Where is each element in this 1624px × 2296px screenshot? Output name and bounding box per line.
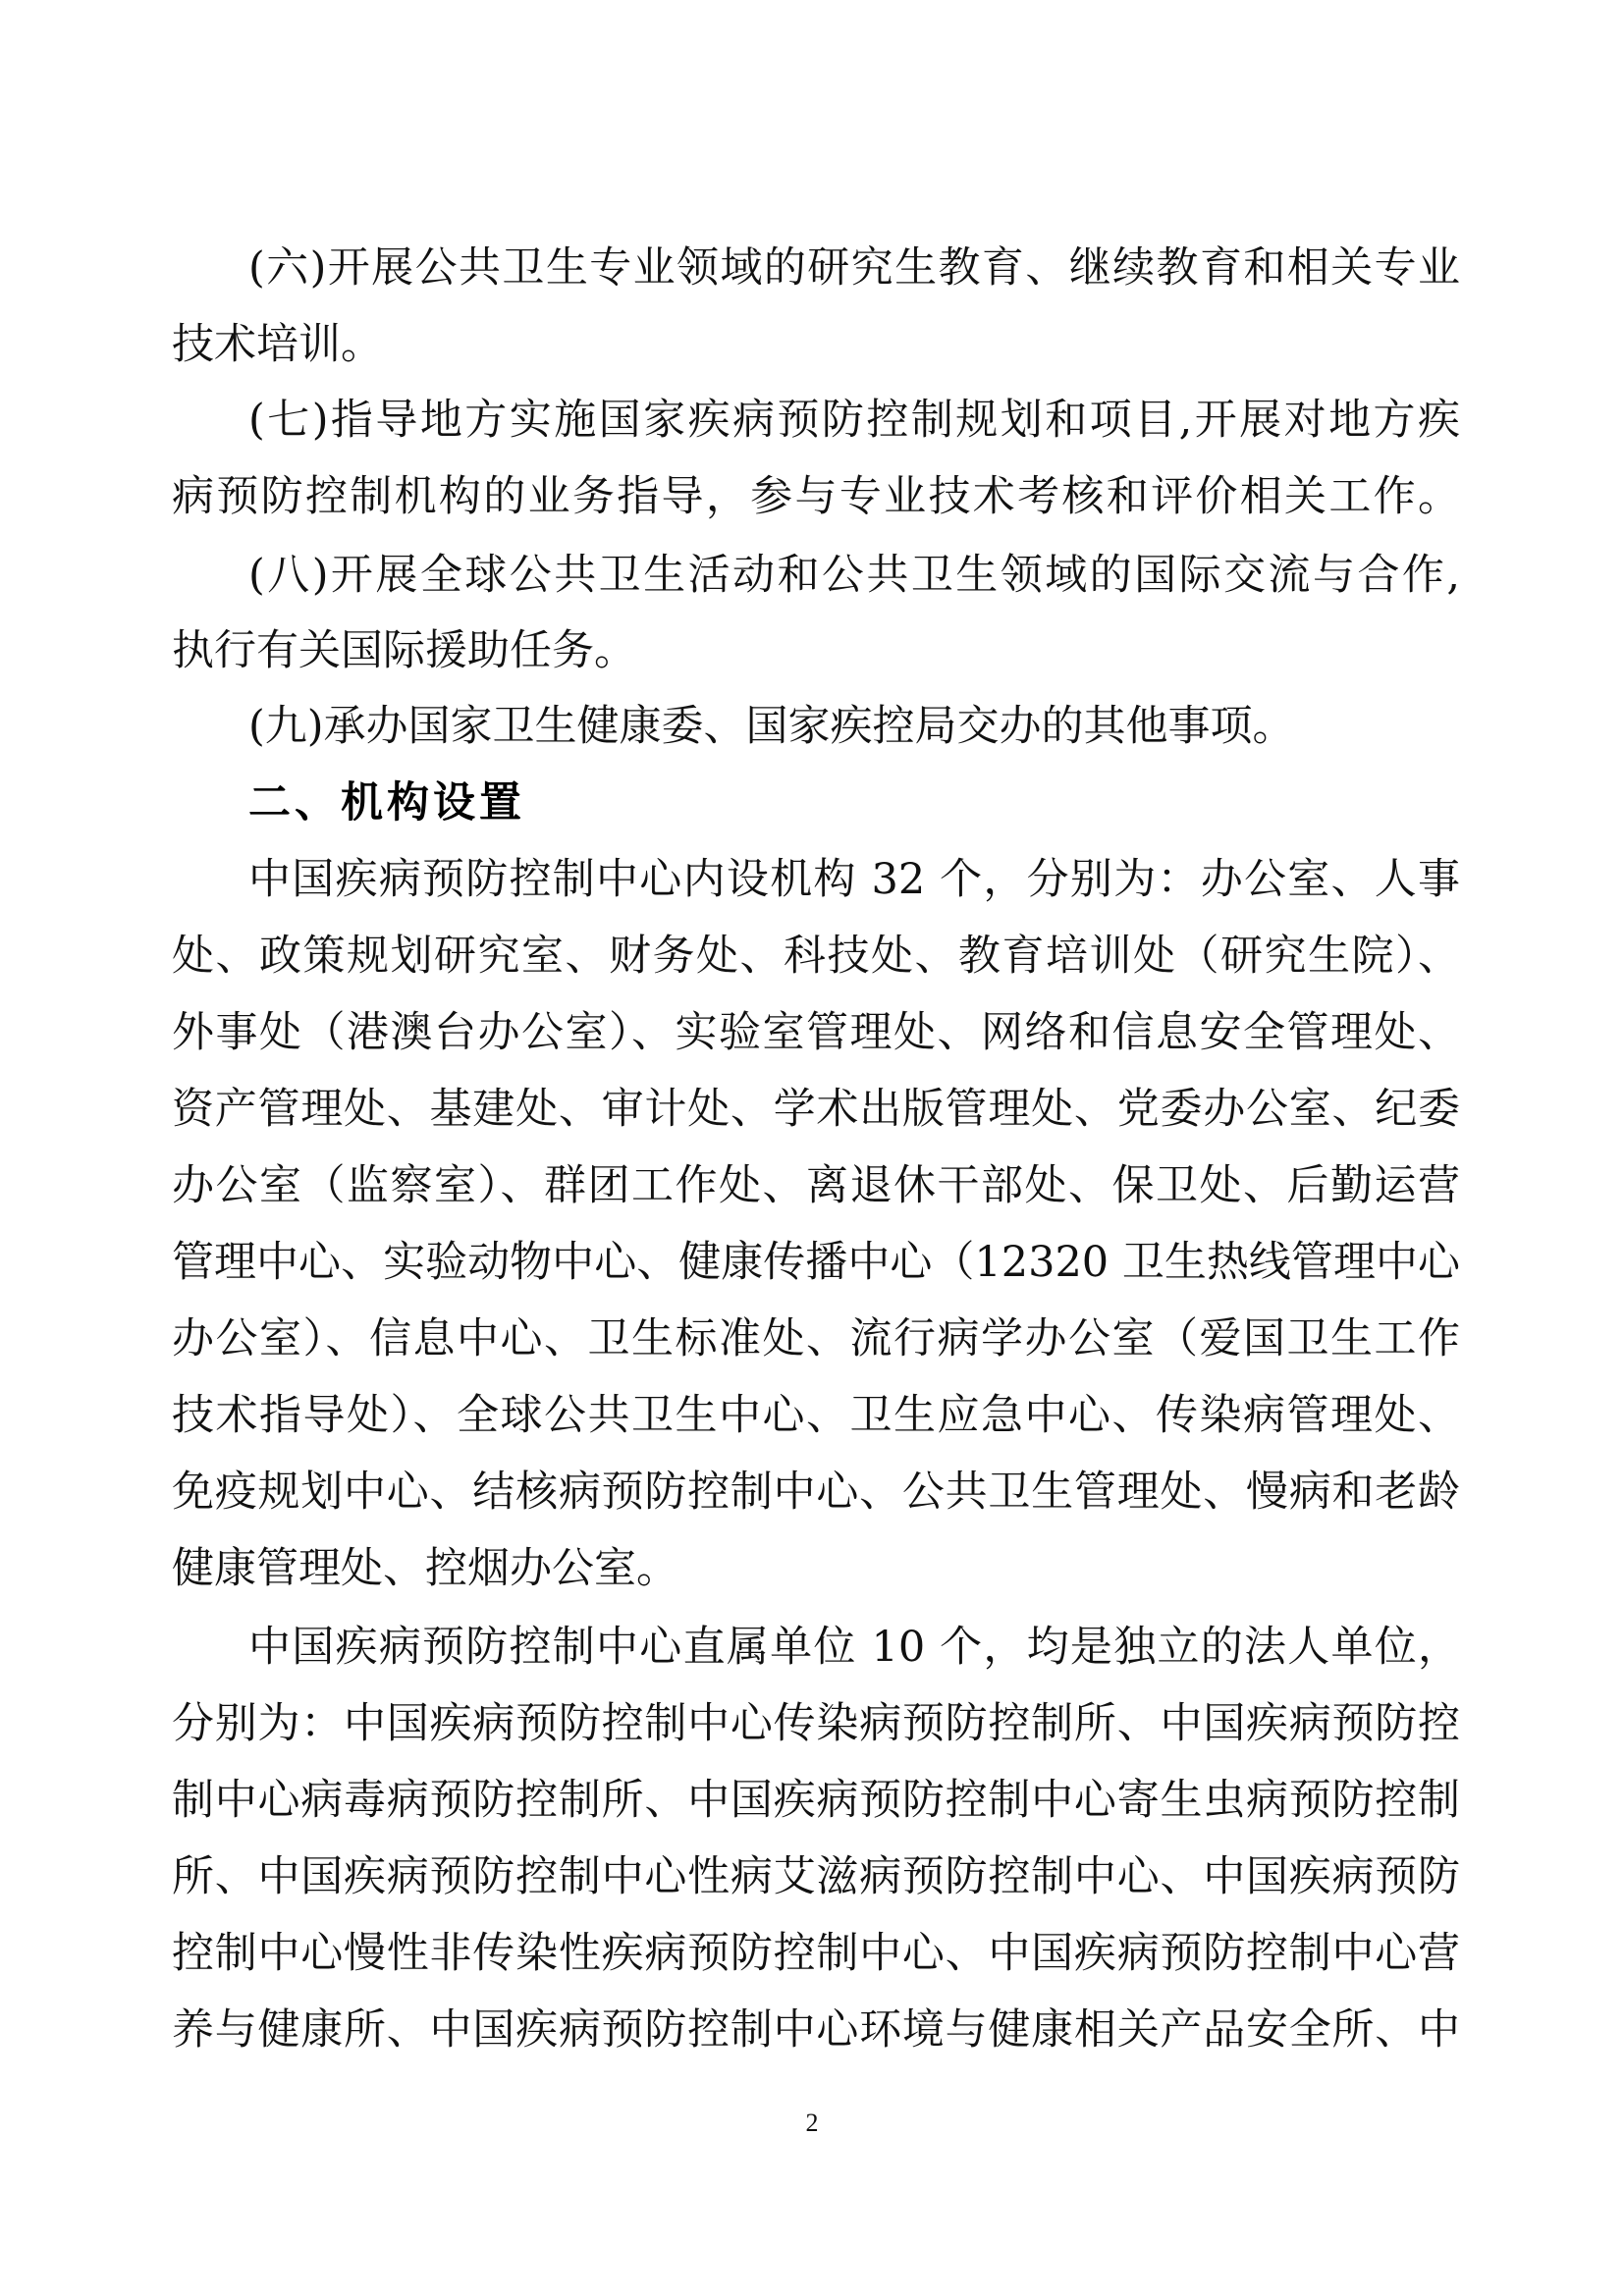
internal-orgs-line-4: 资产管理处、基建处、审计处、学术出版管理处、党委办公室、纪委 bbox=[172, 1082, 1460, 1137]
section-heading: 二、机构设置 bbox=[248, 775, 525, 830]
internal-orgs-line-5: 办公室（监察室）、群团工作处、离退休干部处、保卫处、后勤运营 bbox=[172, 1158, 1460, 1213]
paragraph-item-7-line-1: (七)指导地方实施国家疾病预防控制规划和项目,开展对地方疾 bbox=[248, 393, 1460, 448]
affiliated-units-line-6: 养与健康所、中国疾病预防控制中心环境与健康相关产品安全所、中 bbox=[172, 2002, 1460, 2057]
internal-orgs-line-8: 技术指导处）、全球公共卫生中心、卫生应急中心、传染病管理处、 bbox=[172, 1388, 1460, 1443]
document-page: (六)开展公共卫生专业领域的研究生教育、继续教育和相关专业 技术培训。 (七)指… bbox=[0, 0, 1624, 2296]
internal-orgs-line-10: 健康管理处、控烟办公室。 bbox=[172, 1541, 1460, 1596]
paragraph-item-7-line-2: 病预防控制机构的业务指导，参与专业技术考核和评价相关工作。 bbox=[172, 469, 1460, 524]
page-number: 2 bbox=[0, 2109, 1624, 2138]
paragraph-item-6-line-2: 技术培训。 bbox=[172, 317, 1460, 372]
internal-orgs-line-1: 中国疾病预防控制中心内设机构 32 个，分别为：办公室、人事 bbox=[248, 852, 1460, 907]
affiliated-units-line-3: 制中心病毒病预防控制所、中国疾病预防控制中心寄生虫病预防控制 bbox=[172, 1773, 1460, 1828]
paragraph-item-6-line-1: (六)开展公共卫生专业领域的研究生教育、继续教育和相关专业 bbox=[248, 240, 1460, 295]
affiliated-units-line-4: 所、中国疾病预防控制中心性病艾滋病预防控制中心、中国疾病预防 bbox=[172, 1849, 1460, 1904]
paragraph-item-8-line-2: 执行有关国际援助任务。 bbox=[172, 623, 1460, 678]
paragraph-item-8-line-1: (八)开展全球公共卫生活动和公共卫生领域的国际交流与合作, bbox=[248, 548, 1460, 603]
internal-orgs-line-9: 免疫规划中心、结核病预防控制中心、公共卫生管理处、慢病和老龄 bbox=[172, 1465, 1460, 1520]
internal-orgs-line-2: 处、政策规划研究室、财务处、科技处、教育培训处（研究生院）、 bbox=[172, 929, 1460, 984]
internal-orgs-line-3: 外事处（港澳台办公室）、实验室管理处、网络和信息安全管理处、 bbox=[172, 1005, 1460, 1060]
internal-orgs-line-7: 办公室）、信息中心、卫生标准处、流行病学办公室（爱国卫生工作 bbox=[172, 1311, 1460, 1366]
paragraph-item-9-line-1: (九)承办国家卫生健康委、国家疾控局交办的其他事项。 bbox=[248, 699, 1460, 754]
affiliated-units-line-5: 控制中心慢性非传染性疾病预防控制中心、中国疾病预防控制中心营 bbox=[172, 1926, 1460, 1981]
affiliated-units-line-1: 中国疾病预防控制中心直属单位 10 个，均是独立的法人单位， bbox=[248, 1620, 1460, 1675]
internal-orgs-line-6: 管理中心、实验动物中心、健康传播中心（12320 卫生热线管理中心 bbox=[172, 1235, 1460, 1290]
affiliated-units-line-2: 分别为：中国疾病预防控制中心传染病预防控制所、中国疾病预防控 bbox=[172, 1696, 1460, 1751]
